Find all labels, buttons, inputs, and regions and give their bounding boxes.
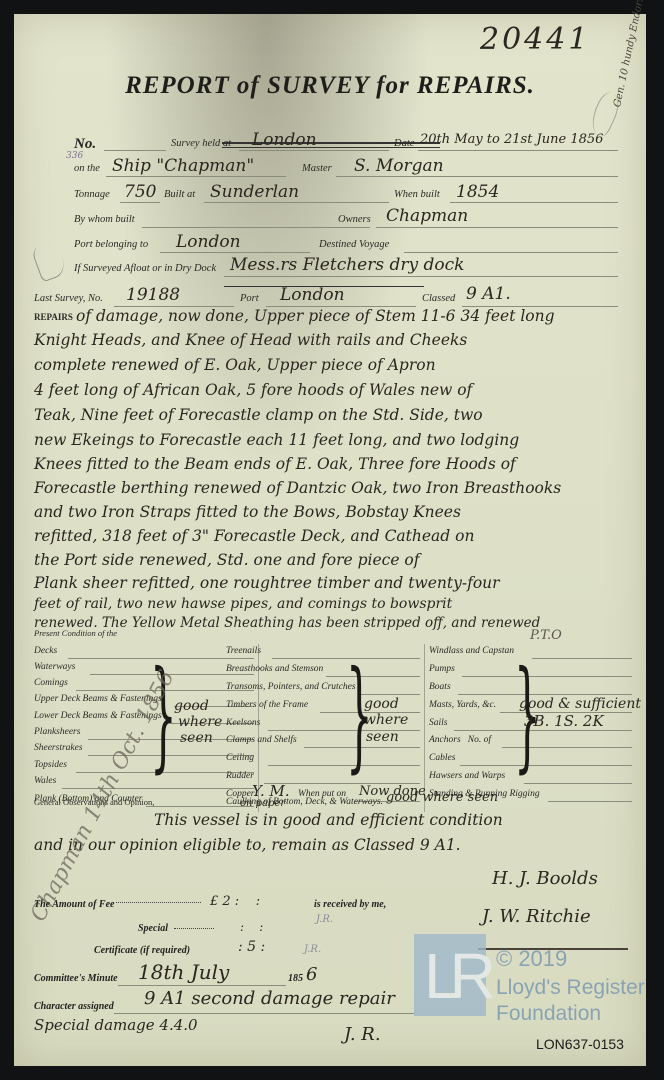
condition-anchors: Anchors No. of <box>429 735 491 745</box>
col1-note: good <box>174 698 209 714</box>
date-value: 20th May to 21st June 1856 <box>420 132 603 147</box>
survey-document: 20441 Gen. 10 hundy Endors REPORT of SUR… <box>14 14 646 1066</box>
condition-windlass: Windlass and Capstan <box>429 646 514 656</box>
condition-sheerstrakes: Sheerstrakes <box>34 743 83 753</box>
special-label: Special <box>138 923 168 934</box>
repairs-line: refitted, 318 feet of 3" Forecastle Deck… <box>34 524 474 549</box>
classed-label: Classed <box>422 293 455 304</box>
condition-ceiling: Ceiling <box>226 753 254 763</box>
repairs-line: new Ekeings to Forecastle each 11 feet l… <box>34 428 519 453</box>
fee-amount-value: £ 2 : : <box>210 894 260 909</box>
repairs-line: 4 feet long of African Oak, 5 fore hoods… <box>34 378 472 403</box>
fee-received-label: is received by me, <box>314 899 386 910</box>
fee-received-initials: J.R. <box>316 914 333 925</box>
by-whom-built-label: By whom built <box>74 214 135 225</box>
condition-waterways: Waterways <box>34 662 75 672</box>
col2-note: where <box>364 712 408 728</box>
built-at-value: Sunderlan <box>210 182 299 202</box>
condition-clamps: Clamps and Shelfs <box>226 735 297 745</box>
repairs-line: the Port side renewed, Std. one and fore… <box>34 548 420 573</box>
condition-topsides: Topsides <box>34 760 67 770</box>
master-label: Master <box>302 163 332 174</box>
condition-decks: Decks <box>34 646 57 656</box>
special-value: : : <box>240 920 263 934</box>
anchors-value: 3B. 1S. 2K <box>524 712 604 730</box>
lr-logo-letters: LR <box>424 938 486 1014</box>
certificate-value: : 5 : <box>238 939 265 955</box>
destined-voyage-label: Destined Voyage <box>319 239 389 250</box>
last-survey-value: 19188 <box>126 285 180 305</box>
condition-boats: Boats <box>429 682 451 692</box>
committee-year-hand: 6 <box>306 964 317 985</box>
last-port-value: London <box>280 285 345 305</box>
condition-masts: Masts, Yards, &c. <box>429 700 496 710</box>
opinion-line: This vessel is in good and efficient con… <box>154 811 503 829</box>
bottom-initials: J. R. <box>344 1024 381 1045</box>
condition-keelsons: Keelsons <box>226 718 260 728</box>
repairs-line: Teak, Nine feet of Forecastle clamp on t… <box>34 403 483 428</box>
repairs-label: REPAIRS <box>34 312 73 322</box>
fee-amount-label: The Amount of Fee <box>34 899 114 910</box>
port-belonging-label: Port belonging to <box>74 239 148 250</box>
condition-wales: Wales <box>34 776 56 786</box>
condition-pumps: Pumps <box>429 664 455 674</box>
classed-value: 9 A1. <box>466 284 511 304</box>
master-value: S. Morgan <box>354 156 444 176</box>
owners-value: Chapman <box>386 206 468 226</box>
watermark-copyright: © 2019 <box>496 946 567 972</box>
condition-breasthooks: Breasthooks and Stemson <box>226 664 323 674</box>
committee-year-print: 185 <box>288 973 303 984</box>
lr-logo: LR <box>414 934 486 1016</box>
certificate-initials: J.R. <box>304 944 321 955</box>
port-belonging-value: London <box>176 232 241 252</box>
col1-note: seen <box>180 730 213 746</box>
surveyor-signature-2: J. W. Ritchie <box>482 906 591 927</box>
ship-value: Ship "Chapman" <box>112 156 254 176</box>
when-built-value: 1854 <box>456 182 499 202</box>
afloat-dock-value: Mess.rs Fletchers dry dock <box>230 255 464 275</box>
date-label: Date <box>394 138 414 149</box>
repairs-line: of damage, now done, Upper piece of Stem… <box>76 304 636 329</box>
repairs-line: Forecastle berthing renewed of Dantzic O… <box>34 476 561 501</box>
condition-sails: Sails <box>429 718 447 728</box>
character-value: 9 A1 second damage repair <box>144 988 395 1009</box>
repairs-line: and two Iron Straps fitted to the Bows, … <box>34 500 461 525</box>
condition-planksheers: Planksheers <box>34 727 80 737</box>
survey-held-at-value: London <box>252 130 317 150</box>
watermark-org-line1: Lloyd's Register <box>496 976 645 1000</box>
owners-label: Owners <box>338 214 371 225</box>
surveyor-signature-1: H. J. Boolds <box>492 868 598 889</box>
condition-heading: Present Condition of the <box>34 628 117 638</box>
page-title: REPORT of SURVEY for REPAIRS. <box>14 72 646 100</box>
initials-mark-icon <box>31 240 68 282</box>
built-at-label: Built at <box>164 189 195 200</box>
condition-timbers: Timbers of the Frame <box>226 700 308 710</box>
survey-held-at-label: Survey held at <box>171 138 231 149</box>
last-survey-label: Last Survey, No. <box>34 293 103 304</box>
on-the-label: on the <box>74 163 100 174</box>
opinion-line: and in our opinion eligible to, remain a… <box>34 836 461 854</box>
repairs-line: complete renewed of E. Oak, Upper piece … <box>34 353 436 378</box>
col2-note: good <box>364 696 399 712</box>
condition-hawsers: Hawsers and Warps <box>429 771 505 781</box>
tonnage-label: Tonnage <box>74 189 110 200</box>
no-sub-value: 336 <box>66 151 83 161</box>
watermark-org-line2: Foundation <box>496 1002 601 1026</box>
condition-rudder: Rudder <box>226 771 254 781</box>
col1-note: where <box>178 714 222 730</box>
certificate-label: Certificate (if required) <box>94 945 190 956</box>
col3-note: good & sufficient <box>519 696 641 712</box>
last-port-label: Port <box>240 293 259 304</box>
caulking-label: Caulking of Bottom, Deck, & Waterways. <box>226 797 383 807</box>
afloat-dock-label: If Surveyed Afloat or in Dry Dock <box>74 263 216 274</box>
committee-label: Committee's Minute <box>34 973 118 984</box>
character-label: Character assigned <box>34 1001 114 1012</box>
repairs-line: Knight Heads, and Knee of Head with rail… <box>34 328 467 353</box>
committee-value: 18th July <box>138 960 229 984</box>
col2-note: seen <box>366 729 399 745</box>
archive-reference: LON637-0153 <box>536 1036 624 1052</box>
condition-cables: Cables <box>429 753 455 763</box>
condition-transoms: Transoms, Pointers, and Crutches <box>226 682 356 692</box>
condition-treenails: Treenails <box>226 646 261 656</box>
when-built-label: When built <box>394 189 440 200</box>
caulking-value: good where seen <box>386 790 498 805</box>
reference-number: 20441 <box>480 22 590 57</box>
special-damage: Special damage 4.4.0 <box>34 1016 198 1034</box>
repairs-line: Knees fitted to the Beam ends of E. Oak,… <box>34 452 516 477</box>
tonnage-value: 750 <box>124 182 156 202</box>
condition-comings: Comings <box>34 678 68 688</box>
